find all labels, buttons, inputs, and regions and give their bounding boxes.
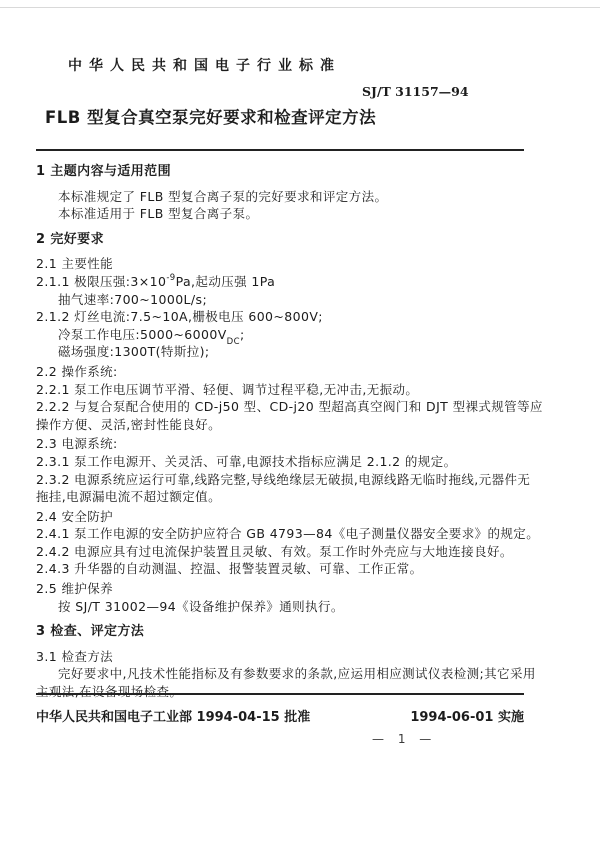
doc-line: 2.1.2 灯丝电流:7.5~10A,栅极电压 600~800V; bbox=[36, 308, 524, 326]
doc-line: 3 检查、评定方法 bbox=[36, 623, 524, 641]
footer-divider bbox=[36, 693, 524, 695]
doc-line: 2.1.1 极限压强:3×10-9Pa,起动压强 1Pa bbox=[36, 273, 524, 291]
doc-line: 本标准适用于 FLB 型复合离子泵。 bbox=[36, 205, 524, 223]
document-title: FLB 型复合真空泵完好要求和检查评定方法 bbox=[45, 106, 524, 130]
doc-line: 操作方便、灵活,密封性能良好。 bbox=[36, 416, 524, 434]
doc-line: 2.3 电源系统: bbox=[36, 435, 524, 453]
doc-line: 2.4 安全防护 bbox=[36, 508, 524, 526]
doc-line: 按 SJ/T 31002—94《设备维护保养》通则执行。 bbox=[36, 598, 524, 616]
doc-line: 抽气速率:700~1000L/s; bbox=[36, 291, 524, 309]
doc-line: 2.4.1 泵工作电源的安全防护应符合 GB 4793—84《电子测量仪器安全要… bbox=[36, 525, 524, 543]
document-page: 中华人民共和国电子行业标准 SJ/T 31157—94 FLB 型复合真空泵完好… bbox=[36, 0, 524, 701]
page-number: — 1 — bbox=[372, 732, 436, 746]
standard-number: SJ/T 31157—94 bbox=[362, 84, 524, 99]
doc-line: 2.3.2 电源系统应运行可靠,线路完整,导线绝缘层无破损,电源线路无临时拖线,… bbox=[36, 471, 524, 489]
doc-line: 磁场强度:1300T(特斯拉); bbox=[36, 343, 524, 361]
doc-line: 2.1 主要性能 bbox=[36, 255, 524, 273]
doc-line: 1 主题内容与适用范围 bbox=[36, 163, 524, 181]
doc-line: 2.4.2 电源应具有过电流保护装置且灵敏、有效。泵工作时外壳应与大地连接良好。 bbox=[36, 543, 524, 561]
approval-note: 中华人民共和国电子工业部 1994-04-15 批准 bbox=[36, 706, 310, 725]
doc-line: 本标准规定了 FLB 型复合离子泵的完好要求和评定方法。 bbox=[36, 188, 524, 206]
doc-line: 2.2.2 与复合泵配合使用的 CD-j50 型、CD-j20 型超高真空阀门和… bbox=[36, 398, 524, 416]
doc-line: 3.1 检查方法 bbox=[36, 648, 524, 666]
document-lines: 1 主题内容与适用范围本标准规定了 FLB 型复合离子泵的完好要求和评定方法。本… bbox=[36, 163, 524, 701]
doc-line: 2.2 操作系统: bbox=[36, 363, 524, 381]
doc-line: 2.4.3 升华器的自动测温、控温、报警装置灵敏、可靠、工作正常。 bbox=[36, 560, 524, 578]
doc-line: 2 完好要求 bbox=[36, 231, 524, 249]
doc-line: 2.5 维护保养 bbox=[36, 580, 524, 598]
document-footer: 中华人民共和国电子工业部 1994-04-15 批准 1994-06-01 实施 bbox=[36, 693, 524, 725]
header-divider bbox=[36, 149, 524, 151]
doc-line: 完好要求中,凡技术性能指标及有参数要求的条款,应运用相应测试仪表检测;其它采用 bbox=[36, 665, 524, 683]
doc-line: 2.2.1 泵工作电压调节平滑、轻便、调节过程平稳,无冲击,无振动。 bbox=[36, 381, 524, 399]
standard-org-title: 中华人民共和国电子行业标准 bbox=[68, 56, 524, 76]
doc-line: 冷泵工作电压:5000~6000VDC; bbox=[36, 326, 524, 344]
footer-row: 中华人民共和国电子工业部 1994-04-15 批准 1994-06-01 实施 bbox=[36, 706, 524, 725]
doc-line: 拖挂,电源漏电流不超过额定值。 bbox=[36, 488, 524, 506]
doc-line: 2.3.1 泵工作电源开、关灵活、可靠,电源技术指标应满足 2.1.2 的规定。 bbox=[36, 453, 524, 471]
implementation-note: 1994-06-01 实施 bbox=[410, 706, 524, 725]
